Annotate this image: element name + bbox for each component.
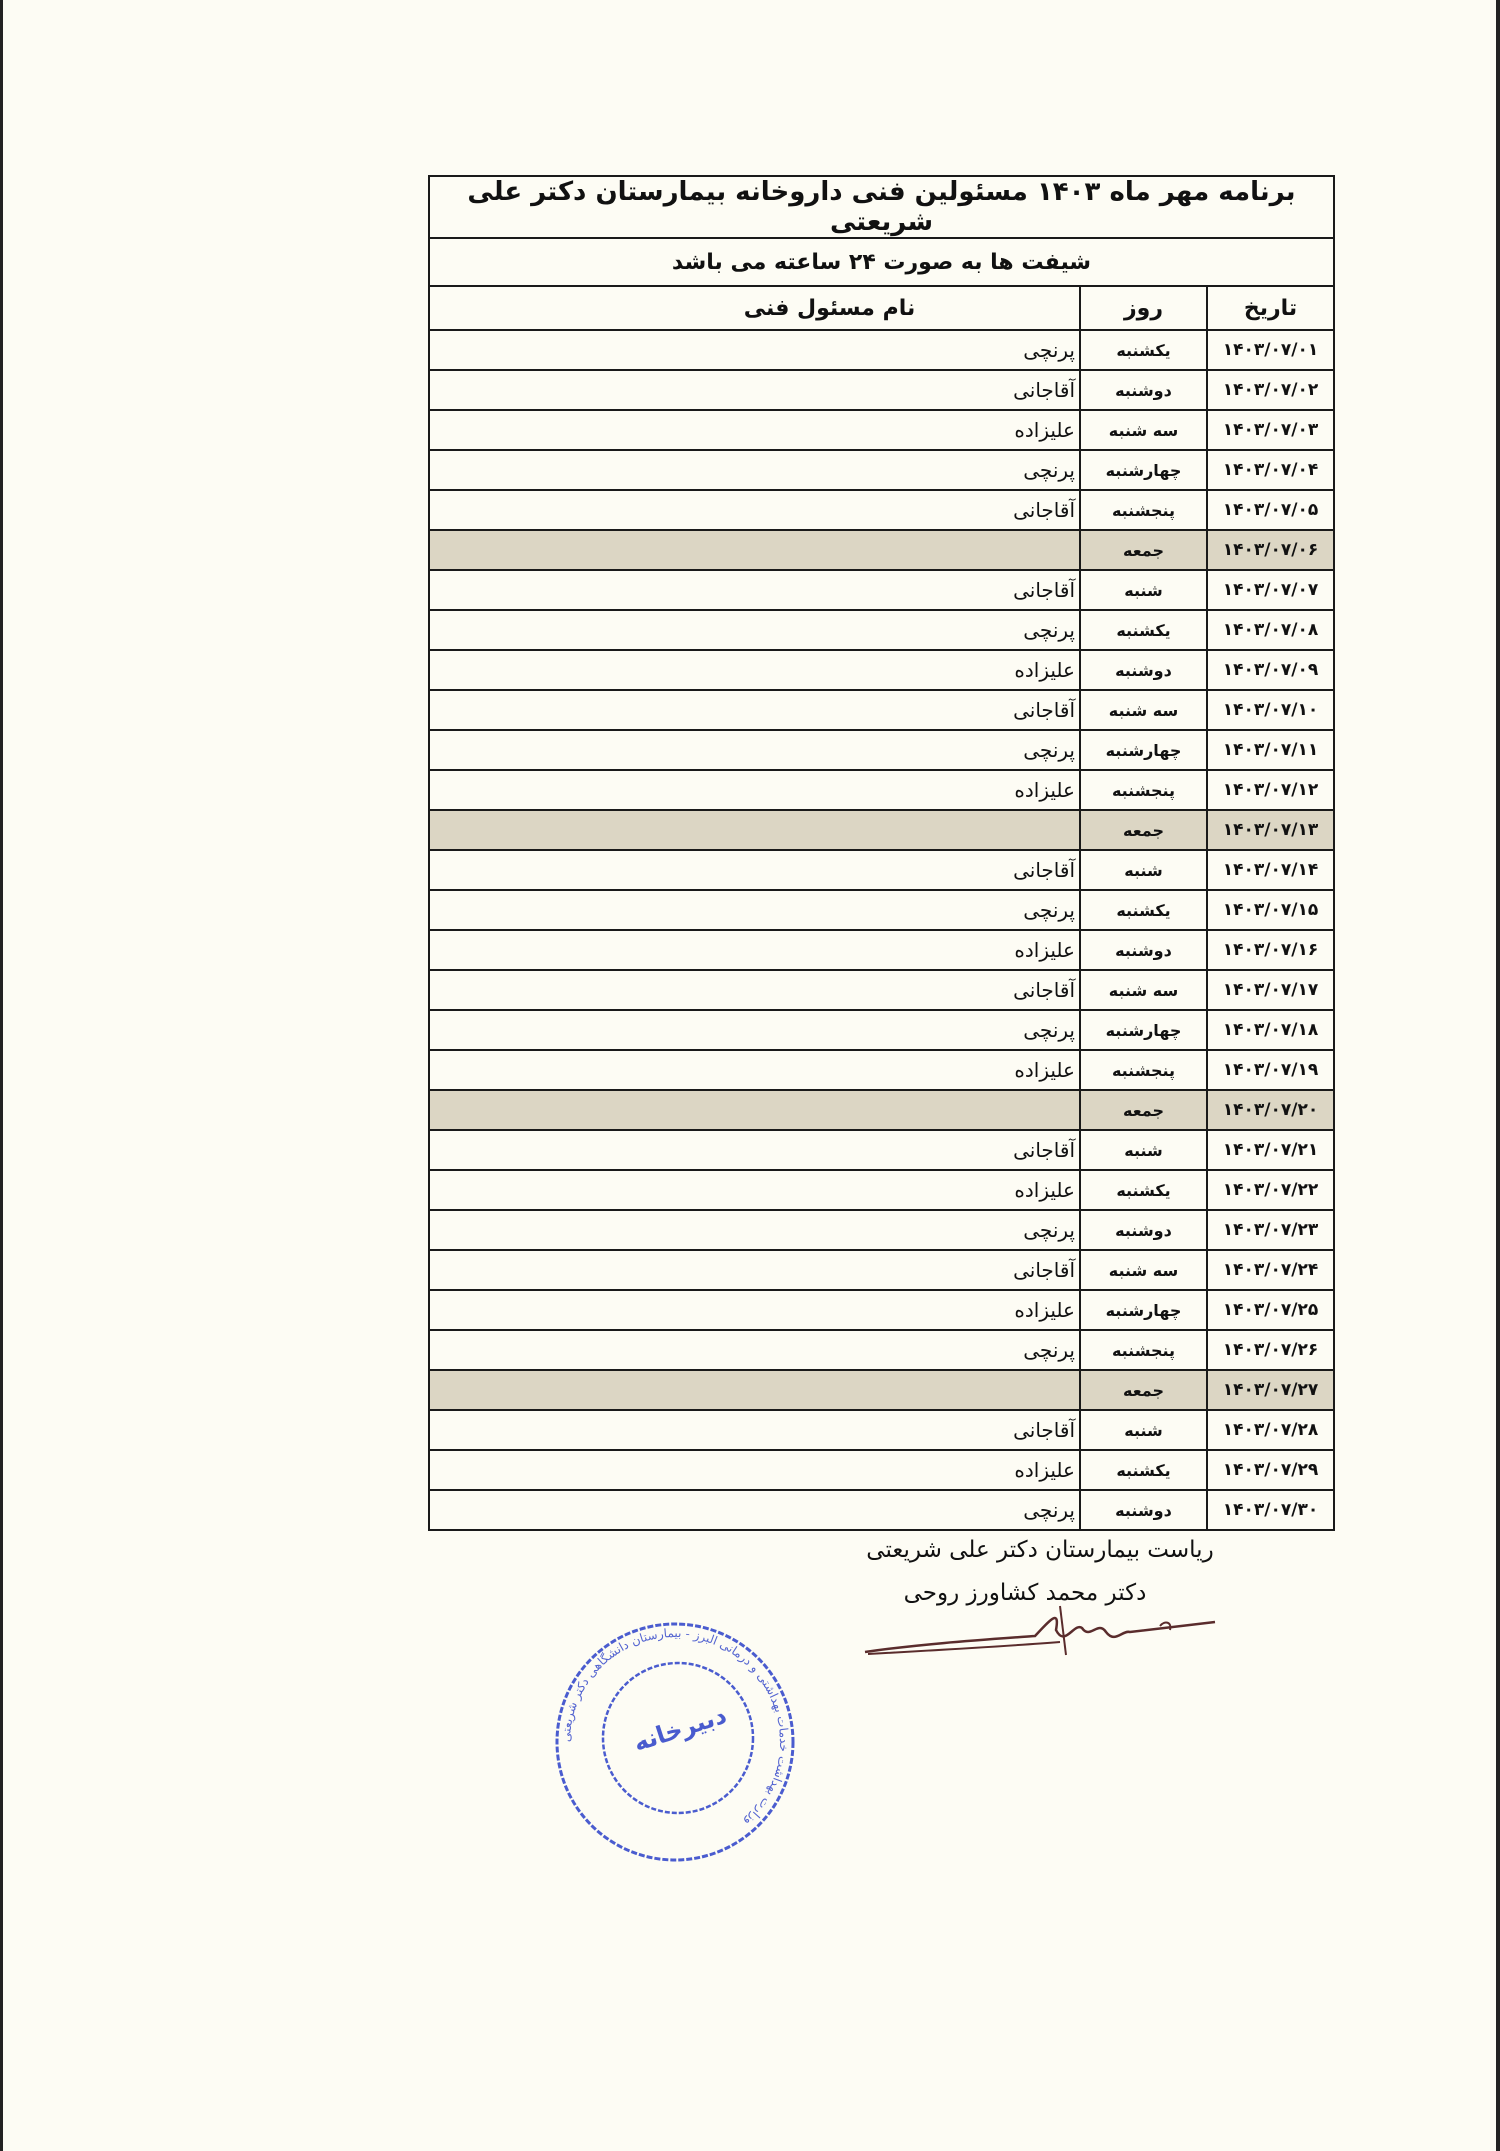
date-cell: ۱۴۰۳/۰۷/۲۴ <box>1207 1250 1334 1290</box>
table-row: ۱۴۰۳/۰۷/۱۱چهارشنبهپرنچی <box>429 730 1334 770</box>
table-row: ۱۴۰۳/۰۷/۰۱یکشنبهپرنچی <box>429 330 1334 370</box>
name-cell: آقاجانی <box>429 970 1080 1010</box>
name-cell: آقاجانی <box>429 690 1080 730</box>
day-cell: جمعه <box>1080 810 1207 850</box>
header-row: تاریخ روز نام مسئول فنی <box>429 286 1334 330</box>
scan-edge-right <box>1496 0 1500 2151</box>
name-cell: پرنچی <box>429 890 1080 930</box>
date-cell: ۱۴۰۳/۰۷/۰۱ <box>1207 330 1334 370</box>
day-cell: چهارشنبه <box>1080 1010 1207 1050</box>
table-row: ۱۴۰۳/۰۷/۱۵یکشنبهپرنچی <box>429 890 1334 930</box>
name-cell: آقاجانی <box>429 1410 1080 1450</box>
day-cell: یکشنبه <box>1080 330 1207 370</box>
holiday-row: ۱۴۰۳/۰۷/۲۰جمعه <box>429 1090 1334 1130</box>
name-cell: آقاجانی <box>429 490 1080 530</box>
table-row: ۱۴۰۳/۰۷/۰۸یکشنبهپرنچی <box>429 610 1334 650</box>
day-cell: سه شنبه <box>1080 1250 1207 1290</box>
day-cell: چهارشنبه <box>1080 730 1207 770</box>
day-cell: دوشنبه <box>1080 370 1207 410</box>
table-row: ۱۴۰۳/۰۷/۱۹پنجشنبهعلیزاده <box>429 1050 1334 1090</box>
day-cell: دوشنبه <box>1080 650 1207 690</box>
table-row: ۱۴۰۳/۰۷/۰۹دوشنبهعلیزاده <box>429 650 1334 690</box>
table-row: ۱۴۰۳/۰۷/۰۵پنجشنبهآقاجانی <box>429 490 1334 530</box>
table-row: ۱۴۰۳/۰۷/۲۱شنبهآقاجانی <box>429 1130 1334 1170</box>
date-cell: ۱۴۰۳/۰۷/۲۹ <box>1207 1450 1334 1490</box>
holiday-row: ۱۴۰۳/۰۷/۱۳جمعه <box>429 810 1334 850</box>
scan-edge-left <box>0 0 3 2151</box>
table-row: ۱۴۰۳/۰۷/۱۴شنبهآقاجانی <box>429 850 1334 890</box>
date-cell: ۱۴۰۳/۰۷/۱۸ <box>1207 1010 1334 1050</box>
day-cell: شنبه <box>1080 1130 1207 1170</box>
name-cell <box>429 810 1080 850</box>
day-cell: جمعه <box>1080 1370 1207 1410</box>
table-row: ۱۴۰۳/۰۷/۰۲دوشنبهآقاجانی <box>429 370 1334 410</box>
day-cell: یکشنبه <box>1080 1170 1207 1210</box>
table-row: ۱۴۰۳/۰۷/۰۷شنبهآقاجانی <box>429 570 1334 610</box>
date-cell: ۱۴۰۳/۰۷/۲۰ <box>1207 1090 1334 1130</box>
table-row: ۱۴۰۳/۰۷/۱۶دوشنبهعلیزاده <box>429 930 1334 970</box>
date-cell: ۱۴۰۳/۰۷/۲۵ <box>1207 1290 1334 1330</box>
signature-mark <box>860 1600 1220 1660</box>
day-cell: شنبه <box>1080 570 1207 610</box>
official-stamp: وزارت بهداشت خدمات بهداشتی و درمانی البر… <box>540 1620 810 1880</box>
subtitle-row: شیفت ها به صورت ۲۴ ساعته می باشد <box>429 238 1334 286</box>
name-cell <box>429 1370 1080 1410</box>
date-cell: ۱۴۰۳/۰۷/۰۸ <box>1207 610 1334 650</box>
document-title: برنامه مهر ماه ۱۴۰۳ مسئولین فنی داروخانه… <box>429 176 1334 238</box>
table-row: ۱۴۰۳/۰۷/۲۴سه شنبهآقاجانی <box>429 1250 1334 1290</box>
table-row: ۱۴۰۳/۰۷/۰۳سه شنبهعلیزاده <box>429 410 1334 450</box>
date-cell: ۱۴۰۳/۰۷/۲۶ <box>1207 1330 1334 1370</box>
day-cell: پنجشنبه <box>1080 1050 1207 1090</box>
date-cell: ۱۴۰۳/۰۷/۱۲ <box>1207 770 1334 810</box>
day-cell: پنجشنبه <box>1080 490 1207 530</box>
date-cell: ۱۴۰۳/۰۷/۰۵ <box>1207 490 1334 530</box>
day-cell: یکشنبه <box>1080 610 1207 650</box>
name-cell: علیزاده <box>429 1450 1080 1490</box>
name-cell <box>429 1090 1080 1130</box>
table-row: ۱۴۰۳/۰۷/۳۰دوشنبهپرنچی <box>429 1490 1334 1530</box>
name-cell: آقاجانی <box>429 850 1080 890</box>
date-cell: ۱۴۰۳/۰۷/۰۲ <box>1207 370 1334 410</box>
date-cell: ۱۴۰۳/۰۷/۱۹ <box>1207 1050 1334 1090</box>
name-cell: علیزاده <box>429 1290 1080 1330</box>
table-row: ۱۴۰۳/۰۷/۲۲یکشنبهعلیزاده <box>429 1170 1334 1210</box>
day-cell: یکشنبه <box>1080 1450 1207 1490</box>
day-cell: شنبه <box>1080 850 1207 890</box>
name-cell: علیزاده <box>429 770 1080 810</box>
table-row: ۱۴۰۳/۰۷/۲۶پنجشنبهپرنچی <box>429 1330 1334 1370</box>
date-cell: ۱۴۰۳/۰۷/۱۵ <box>1207 890 1334 930</box>
date-cell: ۱۴۰۳/۰۷/۰۶ <box>1207 530 1334 570</box>
holiday-row: ۱۴۰۳/۰۷/۲۷جمعه <box>429 1370 1334 1410</box>
name-cell: پرنچی <box>429 1330 1080 1370</box>
table-row: ۱۴۰۳/۰۷/۱۷سه شنبهآقاجانی <box>429 970 1334 1010</box>
title-row: برنامه مهر ماه ۱۴۰۳ مسئولین فنی داروخانه… <box>429 176 1334 238</box>
date-cell: ۱۴۰۳/۰۷/۲۷ <box>1207 1370 1334 1410</box>
document-subtitle: شیفت ها به صورت ۲۴ ساعته می باشد <box>429 238 1334 286</box>
name-cell: پرنچی <box>429 1490 1080 1530</box>
table-row: ۱۴۰۳/۰۷/۲۸شنبهآقاجانی <box>429 1410 1334 1450</box>
schedule-table: برنامه مهر ماه ۱۴۰۳ مسئولین فنی داروخانه… <box>428 175 1335 1531</box>
date-cell: ۱۴۰۳/۰۷/۱۶ <box>1207 930 1334 970</box>
date-cell: ۱۴۰۳/۰۷/۰۳ <box>1207 410 1334 450</box>
day-cell: دوشنبه <box>1080 1210 1207 1250</box>
date-cell: ۱۴۰۳/۰۷/۰۷ <box>1207 570 1334 610</box>
day-cell: چهارشنبه <box>1080 450 1207 490</box>
day-cell: سه شنبه <box>1080 690 1207 730</box>
date-cell: ۱۴۰۳/۰۷/۱۰ <box>1207 690 1334 730</box>
day-cell: دوشنبه <box>1080 930 1207 970</box>
table-row: ۱۴۰۳/۰۷/۲۳دوشنبهپرنچی <box>429 1210 1334 1250</box>
name-cell: علیزاده <box>429 650 1080 690</box>
name-cell: پرنچی <box>429 330 1080 370</box>
name-cell: آقاجانی <box>429 1250 1080 1290</box>
name-cell: علیزاده <box>429 930 1080 970</box>
signatory-title: ریاست بیمارستان دکتر علی شریعتی <box>860 1537 1220 1563</box>
date-cell: ۱۴۰۳/۰۷/۱۱ <box>1207 730 1334 770</box>
day-cell: پنجشنبه <box>1080 770 1207 810</box>
column-header-name: نام مسئول فنی <box>429 286 1080 330</box>
name-cell: پرنچی <box>429 730 1080 770</box>
date-cell: ۱۴۰۳/۰۷/۰۴ <box>1207 450 1334 490</box>
date-cell: ۱۴۰۳/۰۷/۲۸ <box>1207 1410 1334 1450</box>
date-cell: ۱۴۰۳/۰۷/۲۱ <box>1207 1130 1334 1170</box>
name-cell: پرنچی <box>429 1010 1080 1050</box>
day-cell: دوشنبه <box>1080 1490 1207 1530</box>
name-cell: آقاجانی <box>429 370 1080 410</box>
date-cell: ۱۴۰۳/۰۷/۱۳ <box>1207 810 1334 850</box>
day-cell: یکشنبه <box>1080 890 1207 930</box>
column-header-day: روز <box>1080 286 1207 330</box>
name-cell <box>429 530 1080 570</box>
name-cell: علیزاده <box>429 410 1080 450</box>
day-cell: چهارشنبه <box>1080 1290 1207 1330</box>
date-cell: ۱۴۰۳/۰۷/۳۰ <box>1207 1490 1334 1530</box>
day-cell: سه شنبه <box>1080 410 1207 450</box>
day-cell: شنبه <box>1080 1410 1207 1450</box>
day-cell: پنجشنبه <box>1080 1330 1207 1370</box>
date-cell: ۱۴۰۳/۰۷/۱۴ <box>1207 850 1334 890</box>
table-row: ۱۴۰۳/۰۷/۱۰سه شنبهآقاجانی <box>429 690 1334 730</box>
table-row: ۱۴۰۳/۰۷/۱۸چهارشنبهپرنچی <box>429 1010 1334 1050</box>
holiday-row: ۱۴۰۳/۰۷/۰۶جمعه <box>429 530 1334 570</box>
name-cell: آقاجانی <box>429 1130 1080 1170</box>
day-cell: جمعه <box>1080 530 1207 570</box>
table-row: ۱۴۰۳/۰۷/۱۲پنجشنبهعلیزاده <box>429 770 1334 810</box>
name-cell: علیزاده <box>429 1050 1080 1090</box>
column-header-date: تاریخ <box>1207 286 1334 330</box>
date-cell: ۱۴۰۳/۰۷/۲۳ <box>1207 1210 1334 1250</box>
name-cell: علیزاده <box>429 1170 1080 1210</box>
date-cell: ۱۴۰۳/۰۷/۱۷ <box>1207 970 1334 1010</box>
table-row: ۱۴۰۳/۰۷/۲۵چهارشنبهعلیزاده <box>429 1290 1334 1330</box>
name-cell: پرنچی <box>429 1210 1080 1250</box>
name-cell: پرنچی <box>429 450 1080 490</box>
name-cell: پرنچی <box>429 610 1080 650</box>
day-cell: جمعه <box>1080 1090 1207 1130</box>
table-row: ۱۴۰۳/۰۷/۰۴چهارشنبهپرنچی <box>429 450 1334 490</box>
name-cell: آقاجانی <box>429 570 1080 610</box>
table-row: ۱۴۰۳/۰۷/۲۹یکشنبهعلیزاده <box>429 1450 1334 1490</box>
day-cell: سه شنبه <box>1080 970 1207 1010</box>
date-cell: ۱۴۰۳/۰۷/۰۹ <box>1207 650 1334 690</box>
date-cell: ۱۴۰۳/۰۷/۲۲ <box>1207 1170 1334 1210</box>
